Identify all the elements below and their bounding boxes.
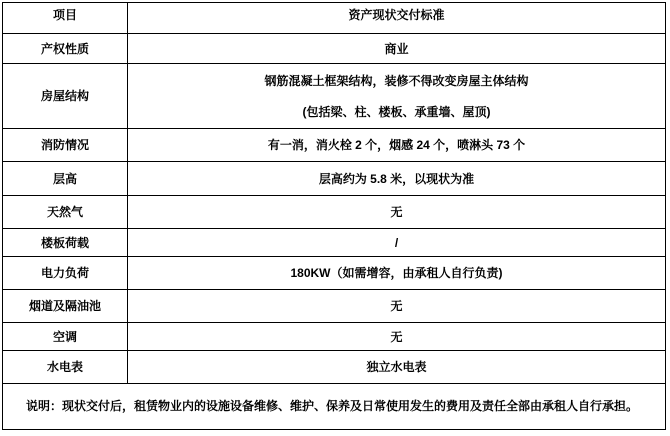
- table-row: 房屋结构 钢筋混凝土框架结构，装修不得改变房屋主体结构 (包括梁、柱、楼板、承重…: [3, 64, 665, 129]
- row-value: 商业: [128, 34, 665, 63]
- row-label: 空调: [3, 323, 128, 350]
- table-row: 天然气 无: [3, 196, 665, 229]
- asset-delivery-standard-table: 项目 资产现状交付标准 产权性质 商业 房屋结构 钢筋混凝土框架结构，装修不得改…: [2, 2, 666, 430]
- row-value: 资产现状交付标准: [128, 3, 665, 33]
- table-note: 说明：现状交付后，租赁物业内的设施设备维修、维护、保养及日常使用发生的费用及责任…: [3, 399, 648, 414]
- row-value: /: [128, 229, 665, 256]
- table-row: 烟道及隔油池 无: [3, 290, 665, 323]
- row-value: 180KW（如需增容，由承租人自行负责): [128, 257, 665, 289]
- row-label: 天然气: [3, 196, 128, 228]
- row-label: 项目: [3, 3, 128, 33]
- table-row: 项目 资产现状交付标准: [3, 3, 665, 34]
- row-value: 有一消，消火栓 2 个，烟感 24 个，喷淋头 73 个: [128, 129, 665, 161]
- row-label: 电力负荷: [3, 257, 128, 289]
- row-value-line: (包括梁、柱、楼板、承重墙、屋顶): [303, 105, 491, 119]
- row-label: 烟道及隔油池: [3, 290, 128, 322]
- row-value: 钢筋混凝土框架结构，装修不得改变房屋主体结构 (包括梁、柱、楼板、承重墙、屋顶): [128, 64, 665, 128]
- table-note-row: 说明：现状交付后，租赁物业内的设施设备维修、维护、保养及日常使用发生的费用及责任…: [3, 384, 665, 429]
- row-label: 房屋结构: [3, 64, 128, 128]
- row-value: 无: [128, 323, 665, 350]
- table-row: 楼板荷载 /: [3, 229, 665, 257]
- table-row: 产权性质 商业: [3, 34, 665, 64]
- table-row: 水电表 独立水电表: [3, 351, 665, 384]
- row-value-line: 钢筋混凝土框架结构，装修不得改变房屋主体结构: [264, 74, 528, 88]
- table-row: 消防情况 有一消，消火栓 2 个，烟感 24 个，喷淋头 73 个: [3, 129, 665, 162]
- row-label: 水电表: [3, 351, 128, 383]
- table-row: 层高 层高约为 5.8 米，以现状为准: [3, 162, 665, 196]
- row-label: 层高: [3, 162, 128, 195]
- row-value: 无: [128, 290, 665, 322]
- row-label: 产权性质: [3, 34, 128, 63]
- row-label: 楼板荷载: [3, 229, 128, 256]
- table-row: 电力负荷 180KW（如需增容，由承租人自行负责): [3, 257, 665, 290]
- row-value: 层高约为 5.8 米，以现状为准: [128, 162, 665, 195]
- row-value: 独立水电表: [128, 351, 665, 383]
- table-row: 空调 无: [3, 323, 665, 351]
- row-label: 消防情况: [3, 129, 128, 161]
- row-value: 无: [128, 196, 665, 228]
